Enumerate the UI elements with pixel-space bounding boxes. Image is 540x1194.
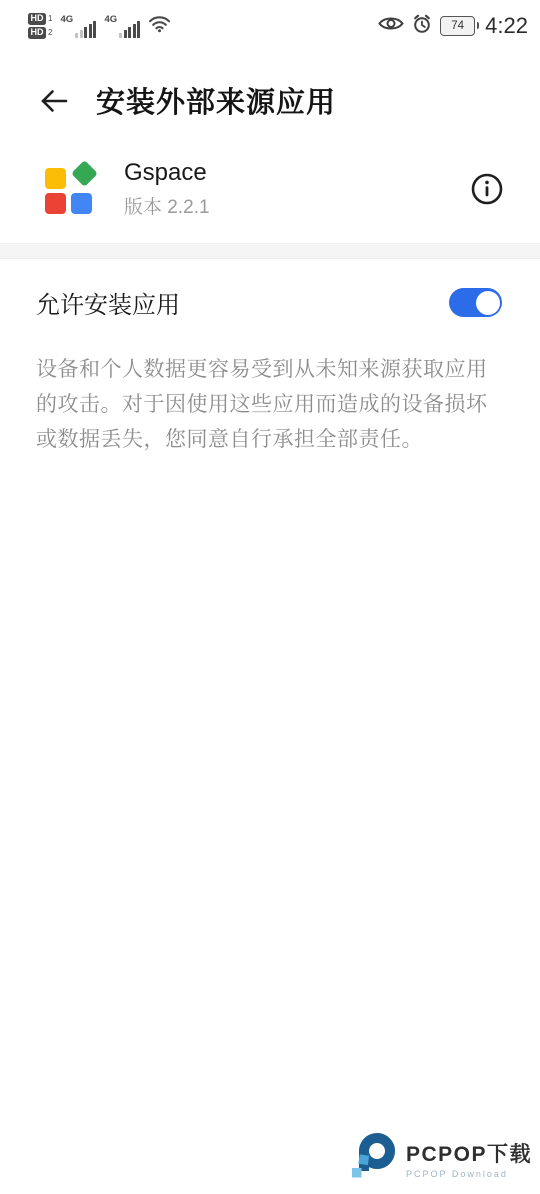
alarm-icon — [412, 14, 432, 39]
signal-bars-icon-sim2: 4G — [104, 14, 140, 40]
icon-red-square — [45, 193, 66, 214]
sim2-index: 2 — [48, 29, 52, 37]
section-divider — [0, 243, 540, 259]
allow-install-toggle[interactable] — [449, 288, 502, 317]
wifi-icon — [148, 15, 171, 38]
app-version: 版本 2.2.1 — [124, 192, 210, 219]
hd-badge-sim2: HD — [28, 27, 46, 39]
eye-comfort-icon — [378, 15, 404, 37]
gspace-app-icon — [44, 161, 100, 217]
watermark-title: PCPOP下载 — [406, 1138, 532, 1168]
app-name: Gspace — [124, 159, 210, 187]
icon-blue-square — [71, 193, 92, 214]
page-header: 安装外部来源应用 — [0, 50, 540, 137]
app-info-row: Gspace 版本 2.2.1 — [0, 137, 540, 243]
clock-time: 4:22 — [485, 13, 528, 39]
page-title: 安装外部来源应用 — [96, 80, 336, 121]
icon-green-diamond — [71, 160, 98, 187]
watermark-subtitle: PCPOP Download — [406, 1169, 532, 1179]
status-bar: HD 1 HD 2 4G 4G — [0, 0, 540, 50]
toggle-label: 允许安装应用 — [36, 285, 180, 320]
toggle-knob — [476, 291, 500, 315]
battery-icon: 74 — [440, 16, 475, 36]
warning-text: 设备和个人数据更容易受到从未知来源获取应用的攻击。对于因使用这些应用而造成的设备… — [0, 338, 540, 457]
pcpop-watermark: PCPOP下载 PCPOP Download — [348, 1131, 532, 1186]
network-type-sim1: 4G — [60, 14, 73, 25]
pcpop-logo-icon — [348, 1131, 400, 1186]
allow-install-row: 允许安装应用 — [0, 259, 540, 338]
sim1-index: 1 — [48, 15, 52, 23]
hd-badge-sim1: HD — [28, 13, 46, 25]
network-type-sim2: 4G — [104, 14, 117, 25]
volte-hd-badges: HD 1 HD 2 — [28, 13, 52, 39]
battery-percent: 74 — [451, 20, 464, 32]
back-arrow-icon[interactable] — [38, 85, 70, 117]
info-icon[interactable] — [470, 172, 504, 206]
signal-bars-icon-sim1: 4G — [60, 14, 96, 40]
icon-yellow-square — [45, 168, 66, 189]
